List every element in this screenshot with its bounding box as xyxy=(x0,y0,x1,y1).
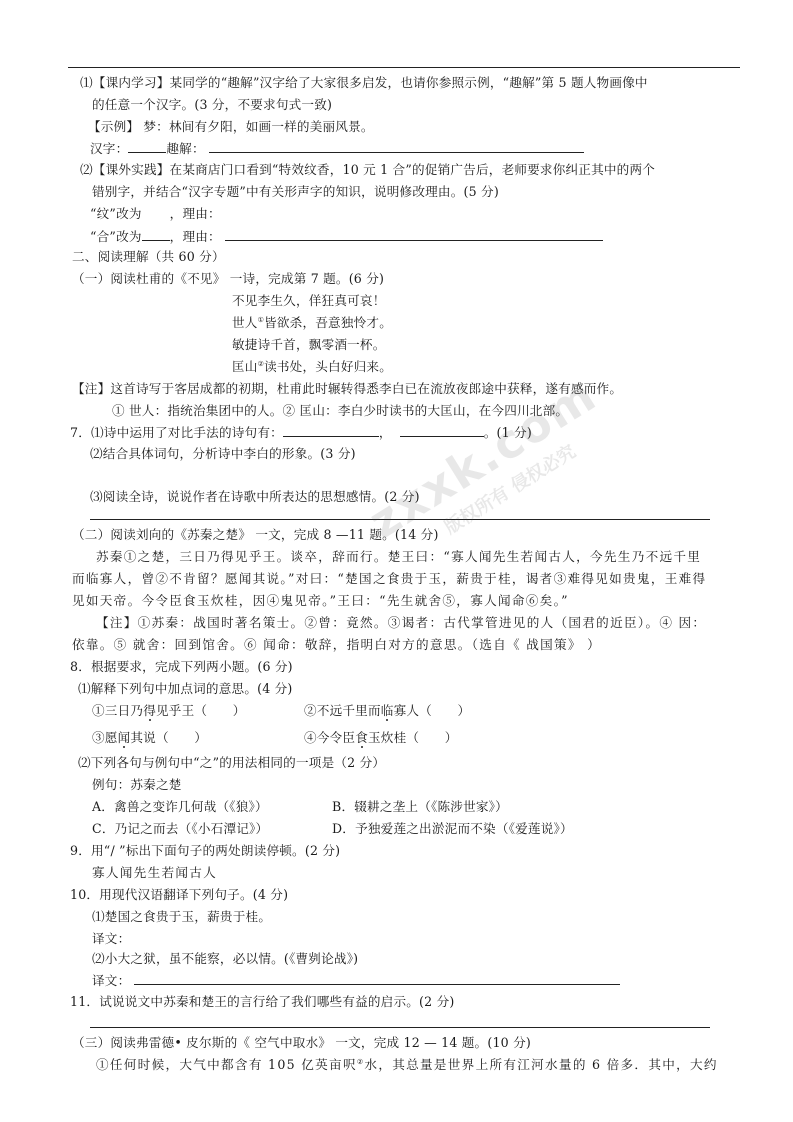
q7-3: ⑶阅读全诗，说说作者在诗歌中所表达的思想感情。(2 分) xyxy=(90,488,420,506)
passage-line-2: 而临寡人，曾②不肯留？愿闻其说。”对曰：“楚国之食贵于玉，薪贵于桂，谒者③难得见… xyxy=(72,570,706,588)
q-kelei-1-line2: 的任意一个汉字。(3 分，不要求句式一致) xyxy=(92,96,332,114)
he-correction-row: “合”改为，理由： xyxy=(90,227,603,245)
q-kelei-example: 【示例】 梦：林间有夕阳，如画一样的美丽风景。 xyxy=(88,118,374,136)
q7-1-blank-b[interactable] xyxy=(400,423,484,437)
q7-2: ⑵结合具体词句，分析诗中李白的形象。(3 分) xyxy=(90,445,356,463)
part2-title: （二）阅读刘向的《苏秦之楚》 一文，完成 8 —11 题。(14 分) xyxy=(72,526,439,544)
dotted-char: 食 xyxy=(355,730,368,745)
poem-line-4: 匡山②读书处，头白好归来。 xyxy=(232,358,392,376)
q8-1-item-3: ③愿闻其说（ ） xyxy=(92,729,207,747)
q11: 11．试说说文中苏秦和楚王的言行给了我们哪些有益的启示。(2 分) xyxy=(70,993,455,1011)
q7-1-blank-a[interactable] xyxy=(283,423,379,437)
q7-1: 7．⑴诗中运用了对比手法的诗句有：，。(1 分) xyxy=(70,423,532,441)
section2-title: 二、阅读理解（共 60 分） xyxy=(72,248,225,266)
q8-1: ⑴解释下列句中加点词的意思。(4 分) xyxy=(78,680,293,698)
q8-2-option-b[interactable]: B．辍耕之垄上（《陈涉世家》） xyxy=(332,798,508,816)
q-kelei-2-line1: ⑵【课外实践】在某商店门口看到“特效纹香，10 元 1 合”的促销广告后，老师要… xyxy=(80,161,655,179)
he-reason-blank[interactable] xyxy=(225,227,603,241)
dotted-char: 临 xyxy=(381,703,394,718)
q10-2-translation-blank[interactable] xyxy=(134,971,620,985)
poem-note-2: ① 世人：指统治集团中的人。② 匡山：李白少时读书的大匡山，在今四川北部。 xyxy=(112,402,568,420)
q8-1-item-2: ②不远千里而临寡人（ ） xyxy=(304,702,470,720)
q10-2-translation-row: 译文： xyxy=(92,971,620,989)
hanzi-label: 汉字： xyxy=(90,141,128,156)
poem-line-3: 敏捷诗千首，飘零酒一杯。 xyxy=(232,336,386,354)
q-kelei-1-line1: ⑴【课内学习】某同学的“趣解”汉字给了大家很多启发，也请你参照示例，“趣解”第 … xyxy=(80,74,648,92)
q8-1-item-4: ④今令臣食玉炊桂（ ） xyxy=(304,729,458,747)
q8-2: ⑵下列各句与例句中“之”的用法相同的一项是（2 分） xyxy=(78,754,385,772)
part3-title: （三）阅读弗雷德• 皮尔斯的《 空气中取水》 一文，完成 12 — 14 题。(… xyxy=(72,1034,531,1052)
q10: 10．用现代汉语翻译下列句子。(4 分) xyxy=(70,886,288,904)
exam-page: ⑴【课内学习】某同学的“趣解”汉字给了大家很多启发，也请你参照示例，“趣解”第 … xyxy=(0,0,793,1122)
he-reason-label: ，理由： xyxy=(170,229,221,244)
q8-2-option-a[interactable]: A．禽兽之变诈几何哉（《狼》） xyxy=(92,798,268,816)
q10-2: ⑵小大之狱，虽不能察，必以情。(《曹刿论战》) xyxy=(92,950,358,968)
q8-2-example: 例句：苏秦之楚 xyxy=(92,776,182,794)
passage-note-2: 依靠。⑤ 就舍：回到馆舍。⑥ 闻命：敬辞，指明白对方的意思。（选自《 战国策》 … xyxy=(72,636,601,654)
poem-line-2: 世人①皆欲杀，吾意独怜才。 xyxy=(232,314,392,332)
qujie-blank[interactable] xyxy=(209,139,584,153)
q9: 9．用“/ ”标出下面句子的两处朗读停顿。(2 分) xyxy=(70,842,340,860)
part1-title: （一）阅读杜甫的《不见》 一诗，完成第 7 题。(6 分) xyxy=(72,270,384,288)
part3-line-1: ①任何时候，大气中都含有 105 亿英亩呎②水，其总量是世界上所有江河水量的 6… xyxy=(96,1056,718,1074)
passage-note-1: 【注】①苏秦：战国时著名策士。②曾：竟然。③谒者：古代掌管进见的人（国君的近臣）… xyxy=(96,614,706,632)
q8-2-option-d[interactable]: D．予独爱莲之出淤泥而不染（《爱莲说》） xyxy=(332,820,573,838)
he-blank[interactable] xyxy=(142,227,170,241)
wen-reason-label: ，理由： xyxy=(170,206,221,221)
q9-sentence: 寡人闻先生若闻古人 xyxy=(92,864,217,882)
q10-1: ⑴楚国之食贵于玉，薪贵于桂。 xyxy=(92,908,271,926)
hanzi-answer-row: 汉字：趣解： xyxy=(90,139,584,157)
hanzi-blank[interactable] xyxy=(128,139,166,153)
poem-line-1: 不见李生久，佯狂真可哀！ xyxy=(232,292,386,310)
poem-note-1: 【注】这首诗写于客居成都的初期，杜甫此时辗转得悉李白已在流放夜郎途中获释，遂有感… xyxy=(72,380,622,398)
qujie-label: 趣解： xyxy=(166,141,204,156)
q10-1-translation-label: 译文： xyxy=(92,930,130,948)
passage-line-1: 苏秦①之楚，三日乃得见乎王。谈卒，辞而行。楚王曰：“寡人闻先生若闻古人，今先生乃… xyxy=(96,548,701,566)
header-rule xyxy=(68,67,740,68)
q7-3-answer-line[interactable] xyxy=(90,519,710,520)
passage-line-3: 见如天帝。今令臣食玉炊桂，因④鬼见帝。”王曰：“先生就舍⑤，寡人闻命⑥矣。” xyxy=(72,592,569,610)
wen-correction-row: “纹”改为，理由： xyxy=(90,205,221,223)
he-label: “合”改为 xyxy=(90,229,142,244)
dotted-char: 得 xyxy=(143,703,156,718)
q-kelei-2-line2: 错别字，并结合“汉字专题”中有关形声字的知识，说明修改理由。(5 分) xyxy=(92,183,499,201)
q8-2-option-c[interactable]: C．乃记之而去（《小石潭记》） xyxy=(92,820,268,838)
dotted-char: 闻 xyxy=(118,730,131,745)
q11-answer-line[interactable] xyxy=(90,1027,710,1028)
q8-title: 8．根据要求，完成下列两小题。(6 分) xyxy=(70,658,293,676)
q8-1-item-1: ①三日乃得见乎王（ ） xyxy=(92,702,246,720)
wen-label: “纹”改为 xyxy=(90,206,142,221)
